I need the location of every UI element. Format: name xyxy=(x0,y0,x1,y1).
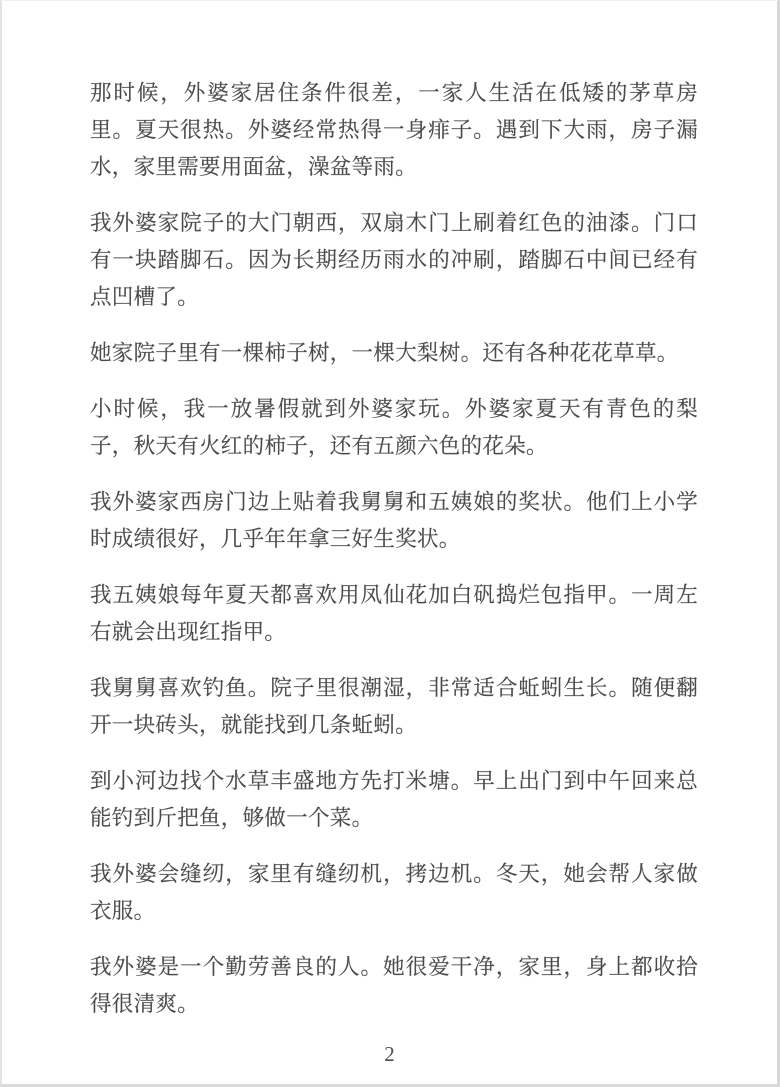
paragraph: 我外婆家西房门边上贴着我舅舅和五姨娘的奖状。他们上小学时成绩很好，几乎年年拿三好… xyxy=(90,484,698,558)
paragraph: 我外婆会缝纫，家里有缝纫机，拷边机。冬天，她会帮人家做衣服。 xyxy=(90,856,698,930)
paragraph: 我五姨娘每年夏天都喜欢用凤仙花加白矾捣烂包指甲。一周左右就会出现红指甲。 xyxy=(90,577,698,651)
paragraph: 到小河边找个水草丰盛地方先打米塘。早上出门到中午回来总能钓到斤把鱼，够做一个菜。 xyxy=(90,763,698,837)
page-number: 2 xyxy=(2,1042,777,1067)
page-body: 那时候，外婆家居住条件很差，一家人生活在低矮的茅草房里。夏天很热。外婆经常热得一… xyxy=(2,1,778,1023)
paragraph: 我外婆家院子的大门朝西，双扇木门上刷着红色的油漆。门口有一块踏脚石。因为长期经历… xyxy=(90,205,698,316)
paragraph: 我外婆是一个勤劳善良的人。她很爱干净，家里，身上都收拾得很清爽。 xyxy=(90,949,698,1023)
paragraph: 那时候，外婆家居住条件很差，一家人生活在低矮的茅草房里。夏天很热。外婆经常热得一… xyxy=(90,75,698,186)
document-page: 那时候，外婆家居住条件很差，一家人生活在低矮的茅草房里。夏天很热。外婆经常热得一… xyxy=(0,0,780,1087)
paragraph: 她家院子里有一棵柿子树，一棵大梨树。还有各种花花草草。 xyxy=(90,335,698,372)
paragraph: 小时候，我一放暑假就到外婆家玩。外婆家夏天有青色的梨子，秋天有火红的柿子，还有五… xyxy=(90,391,698,465)
paragraph: 我舅舅喜欢钓鱼。院子里很潮湿，非常适合蚯蚓生长。随便翻开一块砖头，就能找到几条蚯… xyxy=(90,670,698,744)
